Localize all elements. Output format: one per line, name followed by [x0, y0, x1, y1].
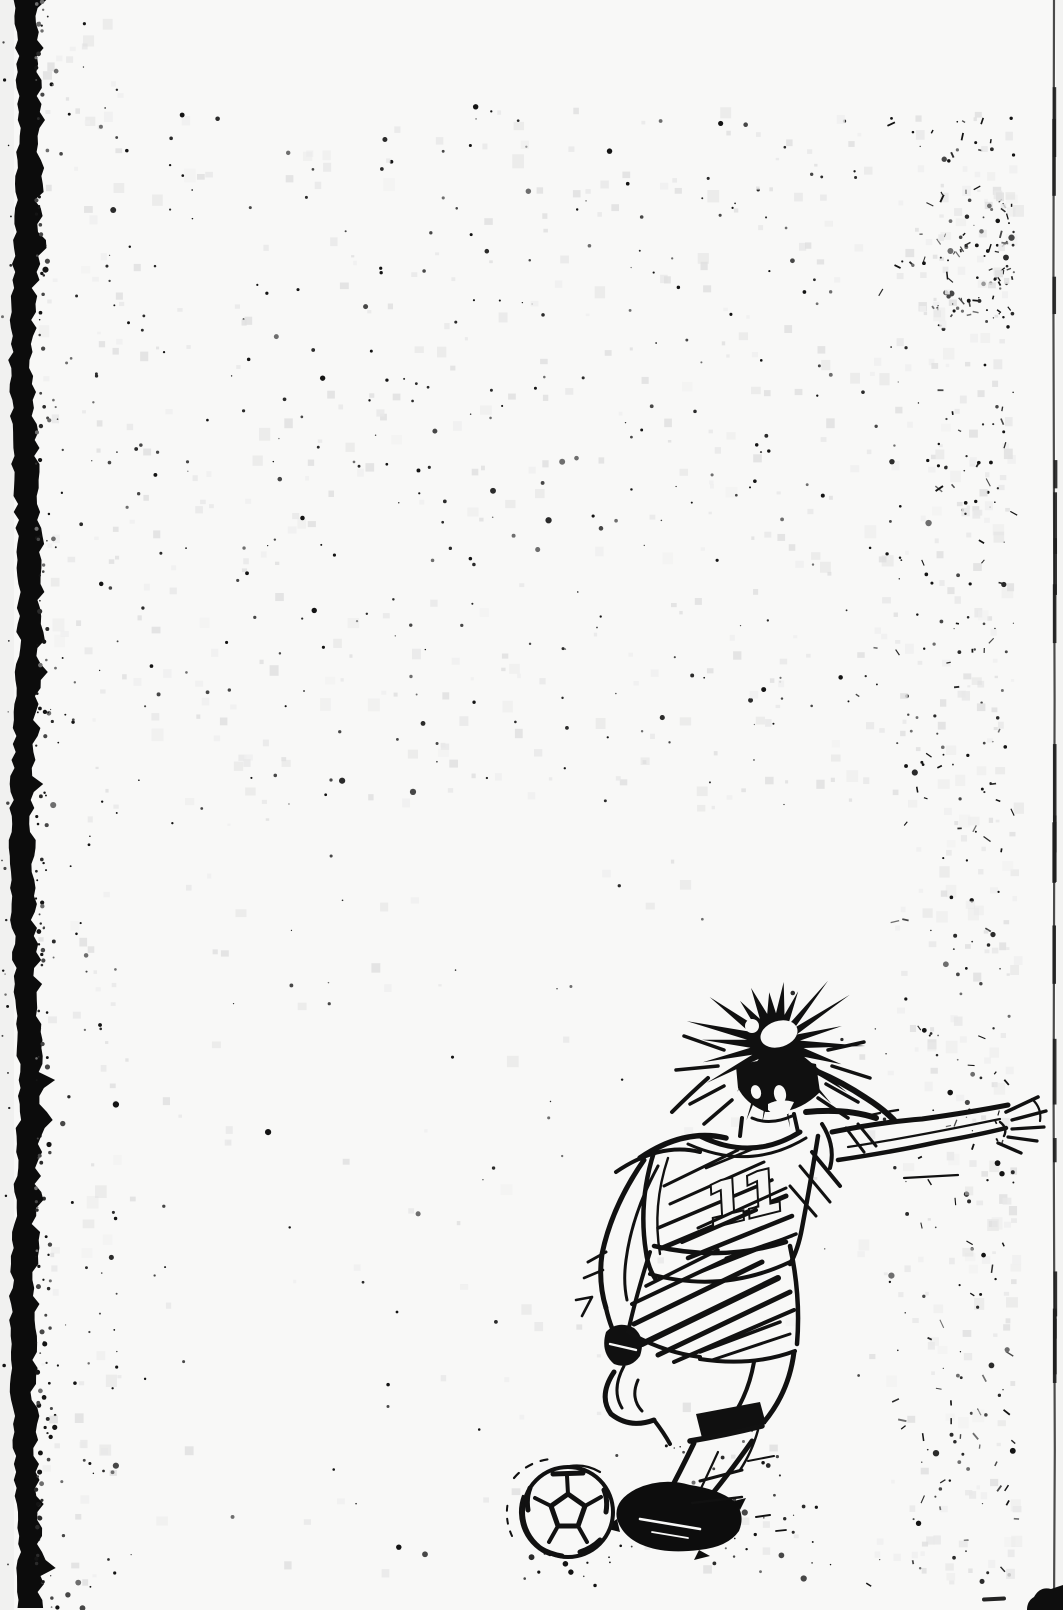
paper-background: [0, 0, 1063, 1610]
player-fist: [604, 1325, 642, 1366]
right-paper-margin: [1056, 0, 1063, 1610]
scanned-manga-page: 11: [0, 0, 1063, 1610]
